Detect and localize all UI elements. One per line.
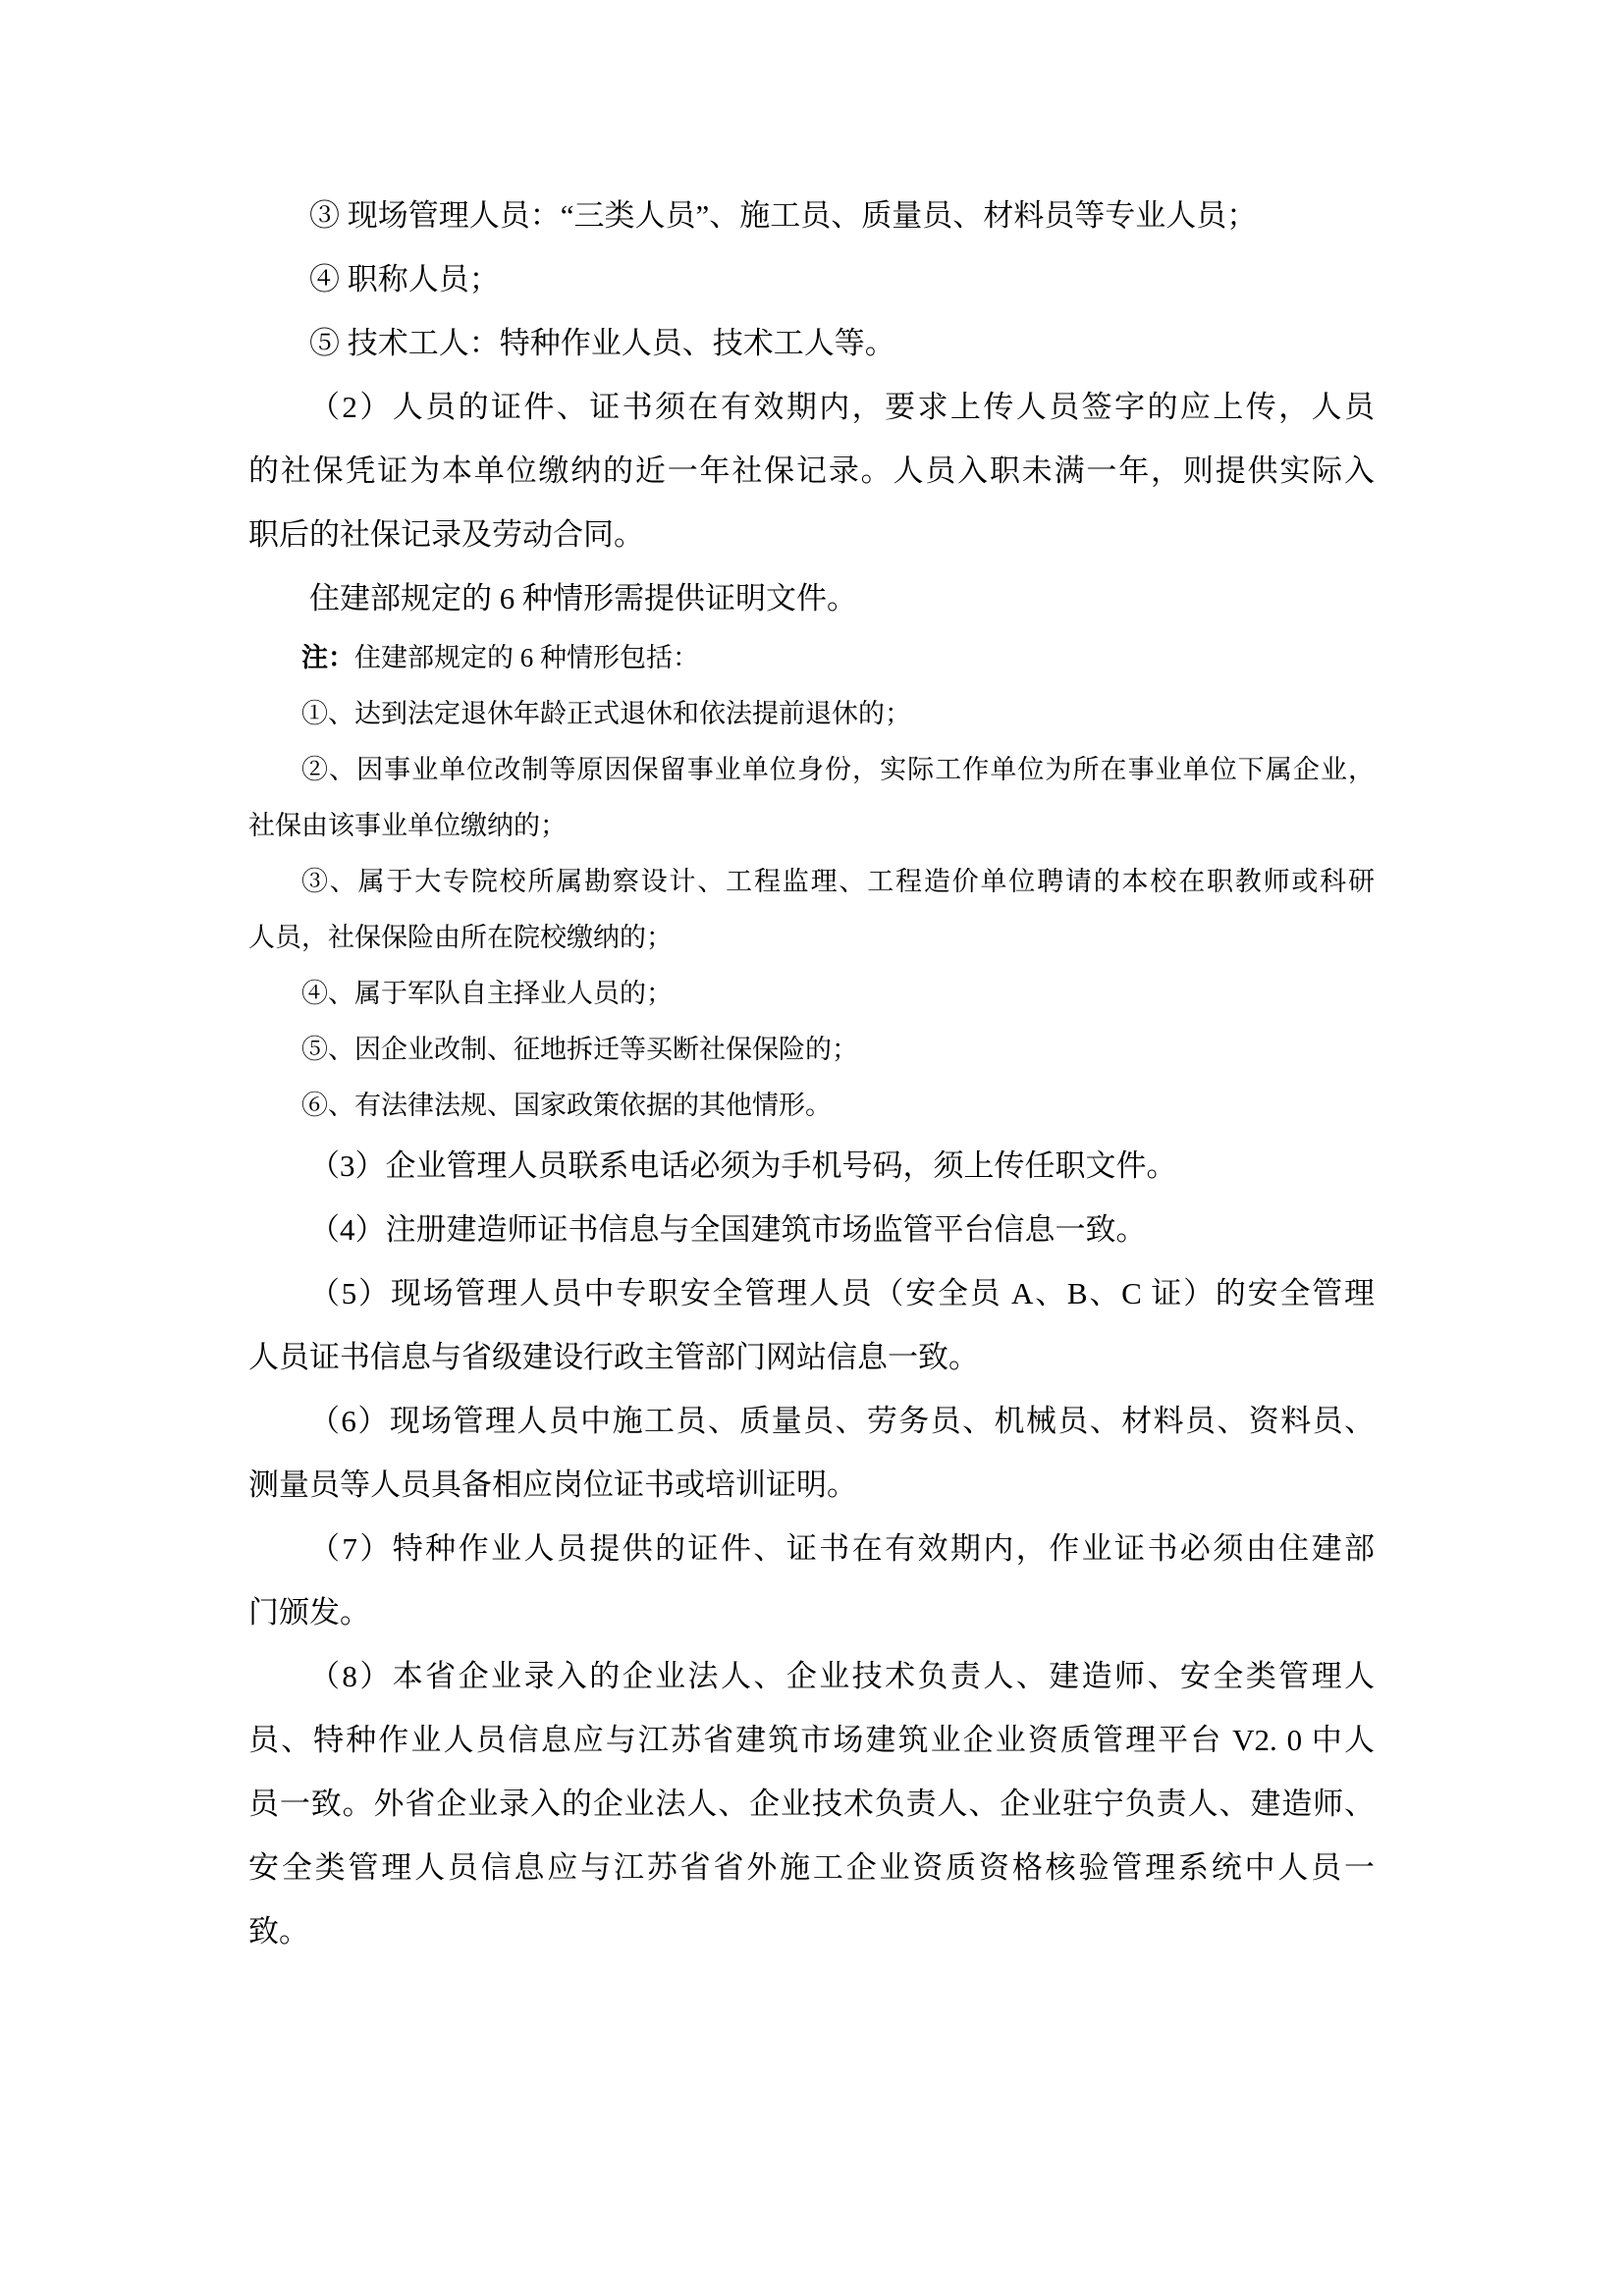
text-content: ③ 现场管理人员：“三类人员”、施工员、质量员、材料员等专业人员；④ 职称人员；…	[248, 184, 1375, 1963]
line-text: ⑤、因企业改制、征地拆迁等买断社保保险的；	[301, 1035, 858, 1064]
text-line: ③ 现场管理人员：“三类人员”、施工员、质量员、材料员等专业人员；	[248, 184, 1375, 247]
text-line: （3）企业管理人员联系电话必须为手机号码，须上传任职文件。	[248, 1134, 1375, 1198]
text-line: （2）人员的证件、证书须在有效期内，要求上传人员签字的应上传，人员	[248, 375, 1375, 439]
text-line: ②、因事业单位改制等原因保留事业单位身份，实际工作单位为所在事业单位下属企业，	[248, 742, 1375, 798]
line-text: ④ 职称人员；	[309, 262, 500, 296]
text-line: 安全类管理人员信息应与江苏省省外施工企业资质资格核验管理系统中人员一	[248, 1836, 1375, 1899]
text-line: 人员证书信息与省级建设行政主管部门网站信息一致。	[248, 1325, 1375, 1389]
text-line: ⑥、有法律法规、国家政策依据的其他情形。	[248, 1078, 1375, 1134]
text-line: ①、达到法定退休年龄正式退休和依法提前退休的；	[248, 686, 1375, 742]
line-text: 人员，社保保险由所在院校缴纳的；	[248, 923, 673, 952]
line-text: 职后的社保记录及劳动合同。	[248, 517, 644, 552]
text-line: 测量员等人员具备相应岗位证书或培训证明。	[248, 1453, 1375, 1517]
line-text: ⑥、有法律法规、国家政策依据的其他情形。	[301, 1091, 832, 1120]
text-line: （6）现场管理人员中施工员、质量员、劳务员、机械员、材料员、资料员、	[248, 1389, 1375, 1453]
text-line: 社保由该事业单位缴纳的；	[248, 798, 1375, 854]
text-line: 员、特种作业人员信息应与江苏省建筑市场建筑业企业资质管理平台 V2. 0 中人	[248, 1708, 1375, 1772]
text-line: 注：住建部规定的 6 种情形包括：	[248, 630, 1375, 686]
line-text: （7）特种作业人员提供的证件、证书在有效期内，作业证书必须由住建部	[309, 1531, 1375, 1566]
line-text: （3）企业管理人员联系电话必须为手机号码，须上传任职文件。	[309, 1148, 1177, 1183]
document-page: ③ 现场管理人员：“三类人员”、施工员、质量员、材料员等专业人员；④ 职称人员；…	[0, 0, 1624, 2296]
line-text: （4）注册建造师证书信息与全国建筑市场监管平台信息一致。	[309, 1212, 1147, 1247]
line-text: ①、达到法定退休年龄正式退休和依法提前退休的；	[301, 699, 911, 728]
line-text: 测量员等人员具备相应岗位证书或培训证明。	[248, 1468, 857, 1502]
line-text: （6）现场管理人员中施工员、质量员、劳务员、机械员、材料员、资料员、	[309, 1404, 1375, 1438]
line-text: 安全类管理人员信息应与江苏省省外施工企业资质资格核验管理系统中人员一	[248, 1850, 1375, 1885]
text-line: （8）本省企业录入的企业法人、企业技术负责人、建造师、安全类管理人	[248, 1644, 1375, 1708]
line-bold-prefix: 注：	[301, 643, 354, 672]
line-text: 致。	[248, 1914, 309, 1949]
line-text: 的社保凭证为本单位缴纳的近一年社保记录。人员入职未满一年，则提供实际入	[248, 454, 1375, 488]
line-text: 人员证书信息与省级建设行政主管部门网站信息一致。	[248, 1340, 979, 1374]
line-text: 门颁发。	[248, 1595, 370, 1629]
line-text: 员一致。外省企业录入的企业法人、企业技术负责人、企业驻宁负责人、建造师、	[248, 1787, 1375, 1821]
text-line: 职后的社保记录及劳动合同。	[248, 503, 1375, 566]
text-line: 住建部规定的 6 种情形需提供证明文件。	[248, 566, 1375, 630]
text-line: 人员，社保保险由所在院校缴纳的；	[248, 910, 1375, 966]
text-line: 门颁发。	[248, 1580, 1375, 1644]
text-line: ⑤、因企业改制、征地拆迁等买断社保保险的；	[248, 1022, 1375, 1078]
text-line: ④ 职称人员；	[248, 247, 1375, 311]
line-text: （5）现场管理人员中专职安全管理人员（安全员 A、B、C 证）的安全管理	[309, 1276, 1375, 1310]
text-line: （7）特种作业人员提供的证件、证书在有效期内，作业证书必须由住建部	[248, 1517, 1375, 1580]
line-text: 住建部规定的 6 种情形包括：	[354, 643, 699, 672]
line-text: 员、特种作业人员信息应与江苏省建筑市场建筑业企业资质管理平台 V2. 0 中人	[248, 1723, 1375, 1757]
line-text: ⑤ 技术工人：特种作业人员、技术工人等。	[309, 326, 895, 360]
line-text: ③ 现场管理人员：“三类人员”、施工员、质量员、材料员等专业人员；	[309, 198, 1257, 233]
text-line: 员一致。外省企业录入的企业法人、企业技术负责人、企业驻宁负责人、建造师、	[248, 1772, 1375, 1836]
text-line: ③、属于大专院校所属勘察设计、工程监理、工程造价单位聘请的本校在职教师或科研	[248, 854, 1375, 910]
text-line: ⑤ 技术工人：特种作业人员、技术工人等。	[248, 311, 1375, 375]
line-text: （2）人员的证件、证书须在有效期内，要求上传人员签字的应上传，人员	[309, 390, 1375, 424]
text-line: 致。	[248, 1899, 1375, 1963]
line-text: ②、因事业单位改制等原因保留事业单位身份，实际工作单位为所在事业单位下属企业，	[301, 755, 1375, 784]
line-text: （8）本省企业录入的企业法人、企业技术负责人、建造师、安全类管理人	[309, 1659, 1375, 1693]
text-line: （4）注册建造师证书信息与全国建筑市场监管平台信息一致。	[248, 1198, 1375, 1261]
line-text: ④、属于军队自主择业人员的；	[301, 979, 673, 1008]
line-text: 社保由该事业单位缴纳的；	[248, 811, 567, 840]
line-text: ③、属于大专院校所属勘察设计、工程监理、工程造价单位聘请的本校在职教师或科研	[301, 867, 1375, 896]
line-text: 住建部规定的 6 种情形需提供证明文件。	[309, 581, 857, 615]
text-line: ④、属于军队自主择业人员的；	[248, 966, 1375, 1022]
text-line: （5）现场管理人员中专职安全管理人员（安全员 A、B、C 证）的安全管理	[248, 1261, 1375, 1325]
text-line: 的社保凭证为本单位缴纳的近一年社保记录。人员入职未满一年，则提供实际入	[248, 439, 1375, 503]
